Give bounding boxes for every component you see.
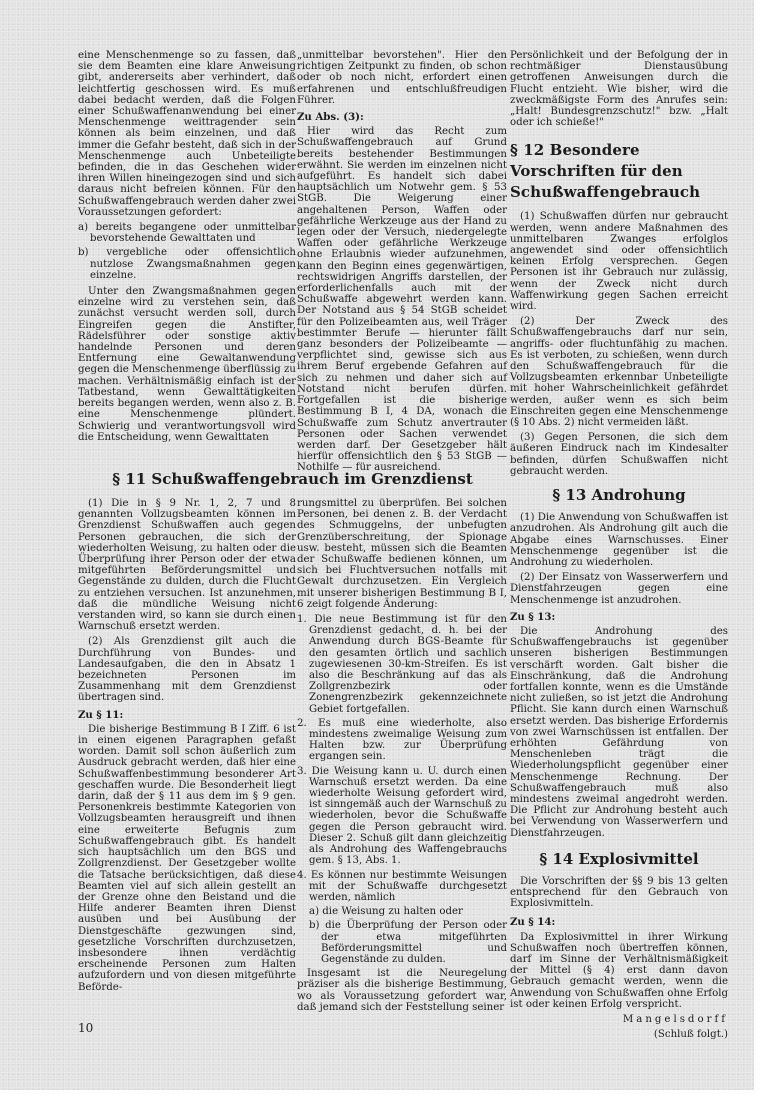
instructions-sublist: a) die Weisung zu halten oder b) die Übe…: [309, 906, 507, 965]
list-item: a) die Weisung zu halten oder: [309, 906, 507, 917]
paragraph: (3) Gegen Personen, die sich dem äußeren…: [510, 432, 728, 477]
section-12-heading: § 12 Besondere Vorschriften für den Schu…: [510, 140, 728, 203]
paragraph: Hier wird das Recht zum Schußwaffengebra…: [297, 126, 507, 473]
paragraph: eine Menschenmenge so zu fassen, daß sie…: [78, 50, 296, 218]
conditions-list: a) bereits begangene oder unmittelbar be…: [78, 222, 296, 281]
subheading-zu-abs-3: Zu Abs. (3):: [297, 112, 507, 123]
column-3: Persönlichkeit und der Befolgung der in …: [510, 50, 728, 1044]
paragraph: (2) Als Grenzdienst gilt auch die Durchf…: [78, 636, 296, 703]
list-item: b) vergebliche oder offensichtlich nutzl…: [78, 247, 296, 281]
paragraph: (2) Der Zweck des Schußwaffengebrauchs d…: [510, 316, 728, 428]
list-item: a) bereits begangene oder unmittelbar be…: [78, 222, 296, 244]
column-2-top: „unmittelbar bevorstehen". Hier den rich…: [297, 50, 507, 478]
paragraph: (1) Die Anwendung von Schußwaffen ist an…: [510, 512, 728, 568]
paragraph: Die Vorschriften der §§ 9 bis 13 gelten …: [510, 876, 728, 910]
paragraph: „unmittelbar bevorstehen". Hier den rich…: [297, 50, 507, 106]
section-13-heading: § 13 Androhung: [510, 487, 728, 504]
paragraph: Unter den Zwangsmaßnahmen gegen einzelne…: [78, 286, 296, 443]
subheading-zu-14: Zu § 14:: [510, 917, 728, 928]
section-14-heading: § 14 Explosivmittel: [510, 851, 728, 868]
paragraph: Da Explosivmittel in ihrer Wirkung Schuß…: [510, 932, 728, 1010]
section-11-column-1: (1) Die in § 9 Nr. 1, 2, 7 und 8 genannt…: [78, 498, 296, 997]
continuation-note: (Schluß folgt.): [510, 1029, 728, 1040]
page-number: 10: [78, 1021, 93, 1035]
subheading-zu-11: Zu § 11:: [78, 710, 296, 721]
list-item: 3. Die Weisung kann u. U. durch einen Wa…: [297, 766, 507, 867]
subheading-zu-13: Zu § 13:: [510, 612, 728, 623]
paragraph: Die Androhung des Schußwaffengebrauchs i…: [510, 626, 728, 839]
paragraph: rungsmittel zu überprüfen. Bei solchen P…: [297, 498, 507, 610]
paragraph: Persönlichkeit und der Befolgung der in …: [510, 50, 728, 128]
author-signature: Mangelsdorff: [510, 1014, 728, 1025]
paragraph: Die bisherige Bestimmung B I Ziff. 6 ist…: [78, 724, 296, 993]
changes-list: 1. Die neue Bestimmung ist für den Grenz…: [297, 614, 507, 903]
list-item: 2. Es muß eine wiederholte, also mindest…: [297, 718, 507, 763]
list-item: 1. Die neue Bestimmung ist für den Grenz…: [297, 614, 507, 715]
scanned-page: eine Menschenmenge so zu fassen, daß sie…: [0, 0, 754, 1090]
section-11-column-2: rungsmittel zu überprüfen. Bei solchen P…: [297, 498, 507, 1017]
paragraph: Insgesamt ist die Neuregelung präziser a…: [297, 968, 507, 1013]
column-1-top: eine Menschenmenge so zu fassen, daß sie…: [78, 50, 296, 447]
paragraph: (1) Die in § 9 Nr. 1, 2, 7 und 8 genannt…: [78, 498, 296, 632]
section-11-heading: § 11 Schußwaffengebrauch im Grenzdienst: [75, 470, 510, 488]
paragraph: (2) Der Einsatz von Wasserwerfern und Di…: [510, 572, 728, 606]
list-item: 4. Es können nur bestimmte Weisungen mit…: [297, 870, 507, 904]
list-item: b) die Überprüfung der Person oder der e…: [309, 920, 507, 965]
paragraph: (1) Schußwaffen dürfen nur gebraucht wer…: [510, 211, 728, 312]
